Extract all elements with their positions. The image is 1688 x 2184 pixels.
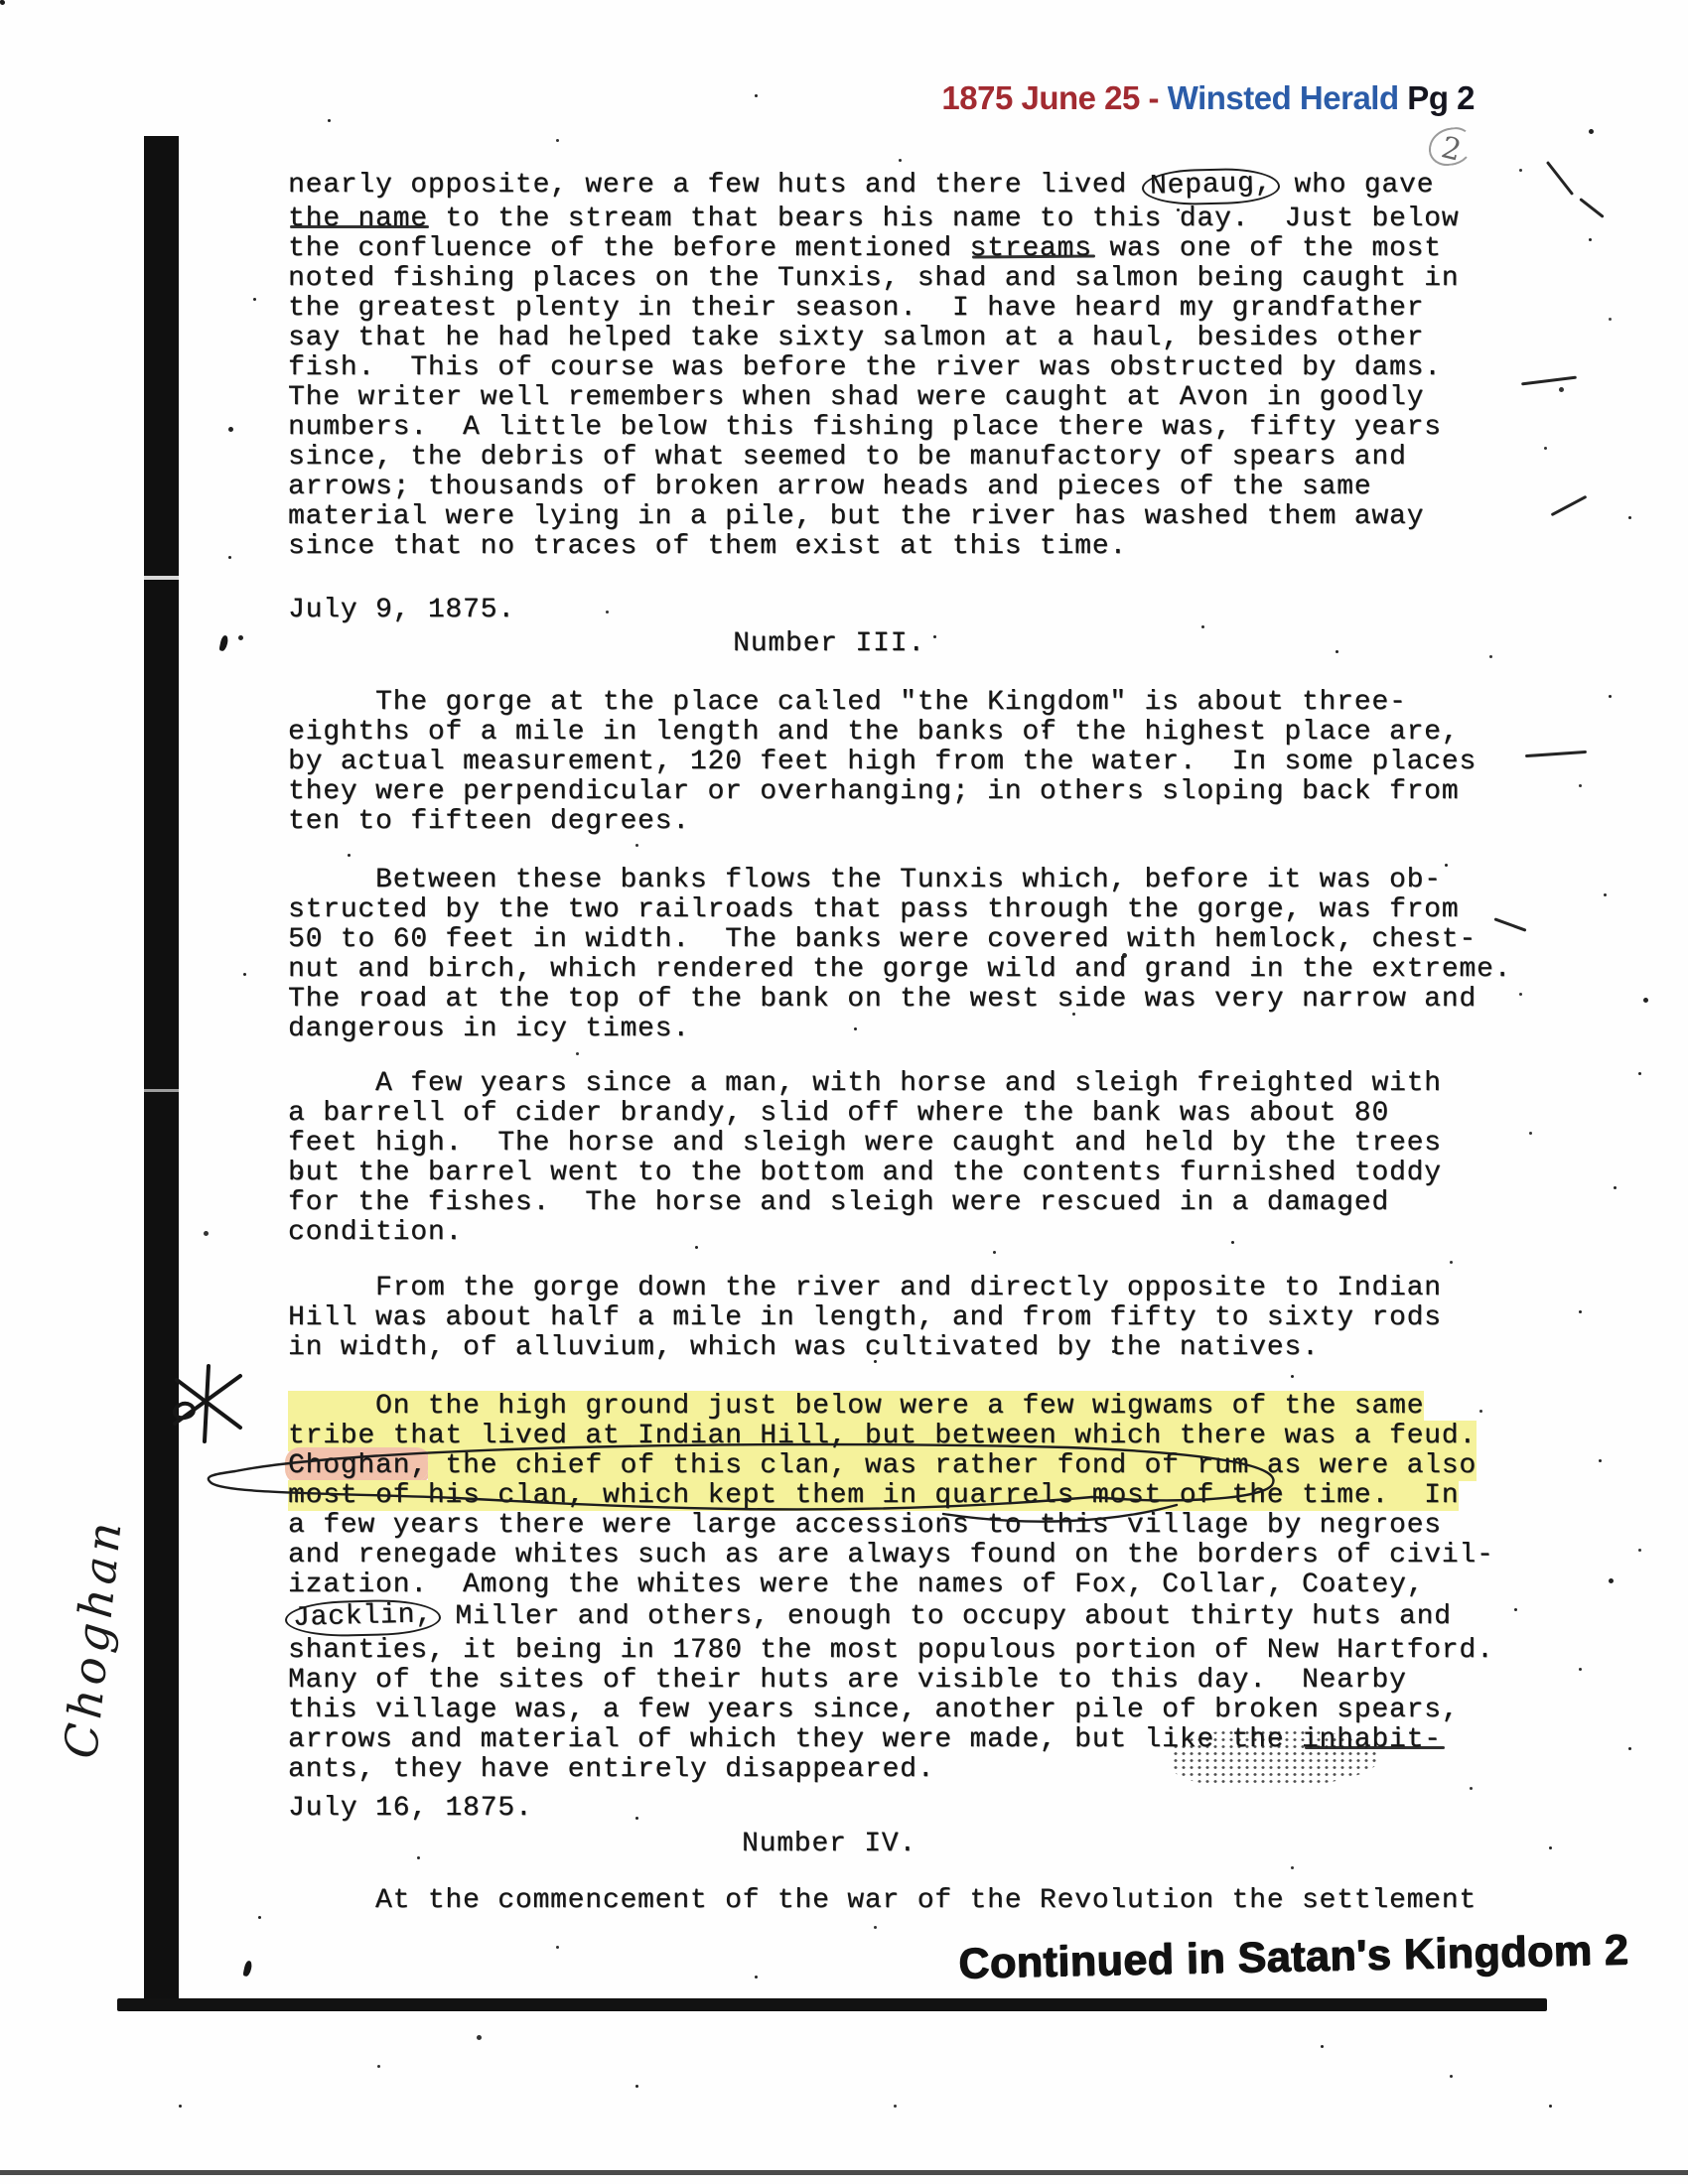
header-publication: Winsted Herald [1168, 79, 1399, 116]
paragraph-text: nearly opposite, were a few huts and the… [288, 170, 1145, 201]
nepaug-circled-word: Nepaug, [1141, 167, 1280, 206]
scanned-document-page: 1875 June 25 - Winsted Herald Pg 2 2 nea… [0, 0, 1688, 2184]
choghan-word: Choghan, [288, 1450, 428, 1481]
scan-bottom-border [117, 1998, 1547, 2011]
paragraph-revolution: At the commencement of the war of the Re… [288, 1886, 1477, 1916]
stray-ink-mark [218, 634, 228, 651]
paragraph-text: a few years there were large accessions … [288, 1510, 1494, 1600]
section-heading-number-iv: Number IV. [288, 1830, 1370, 1859]
highlighted-text: the chief of this clan, was rather fond … [288, 1450, 1477, 1511]
header-date: 1875 June 25 [941, 79, 1139, 116]
pen-underline-the-name [290, 225, 429, 228]
scan-noise-speckles-large [0, 0, 5, 5]
margin-star-doodle [169, 1362, 248, 1446]
footer-handwritten-note: Continued in Satan's Kingdom 2 [958, 1928, 1555, 1989]
paragraph-cider-brandy: A few years since a man, with horse and … [288, 1069, 1442, 1248]
paragraph-gorge: The gorge at the place called "the Kingd… [288, 688, 1477, 837]
highlighted-text: On the high ground just below were a few… [288, 1391, 1477, 1451]
paragraph-text: Miller and others, enough to occupy abou… [288, 1601, 1494, 1785]
paragraph-tunxis-banks: Between these banks flows the Tunxis whi… [288, 866, 1511, 1044]
paragraph-alluvium: From the gorge down the river and direct… [288, 1274, 1442, 1363]
page-header: 1875 June 25 - Winsted Herald Pg 2 [685, 79, 1475, 117]
margin-scan-mark [1579, 198, 1604, 218]
scan-bottom-edge-line [0, 2170, 1688, 2175]
paragraph-text: who gave the name to the stream that bea… [288, 170, 1459, 562]
header-page-number: Pg 2 [1399, 79, 1475, 116]
margin-scan-mark [1551, 495, 1588, 516]
margin-scan-mark [1525, 751, 1587, 757]
section-heading-number-iii: Number III. [288, 629, 1370, 659]
corner-scribble: 2 [1438, 130, 1465, 169]
paragraph-wigwams: On the high ground just below were a few… [288, 1392, 1494, 1785]
date-line-july-9: July 9, 1875. [288, 596, 515, 625]
margin-handwriting-choghan: Choghan [49, 1465, 140, 1812]
margin-scan-mark [1521, 376, 1577, 386]
jacklin-circled-word: Jacklin, [285, 1598, 442, 1638]
stray-ink-mark [242, 1960, 252, 1977]
paragraph-nepaug: nearly opposite, were a few huts and the… [288, 169, 1459, 562]
scan-edge-bar [144, 136, 179, 2002]
header-separator: - [1140, 79, 1168, 116]
margin-scan-mark [1546, 161, 1574, 196]
date-line-july-16: July 16, 1875. [288, 1794, 532, 1824]
